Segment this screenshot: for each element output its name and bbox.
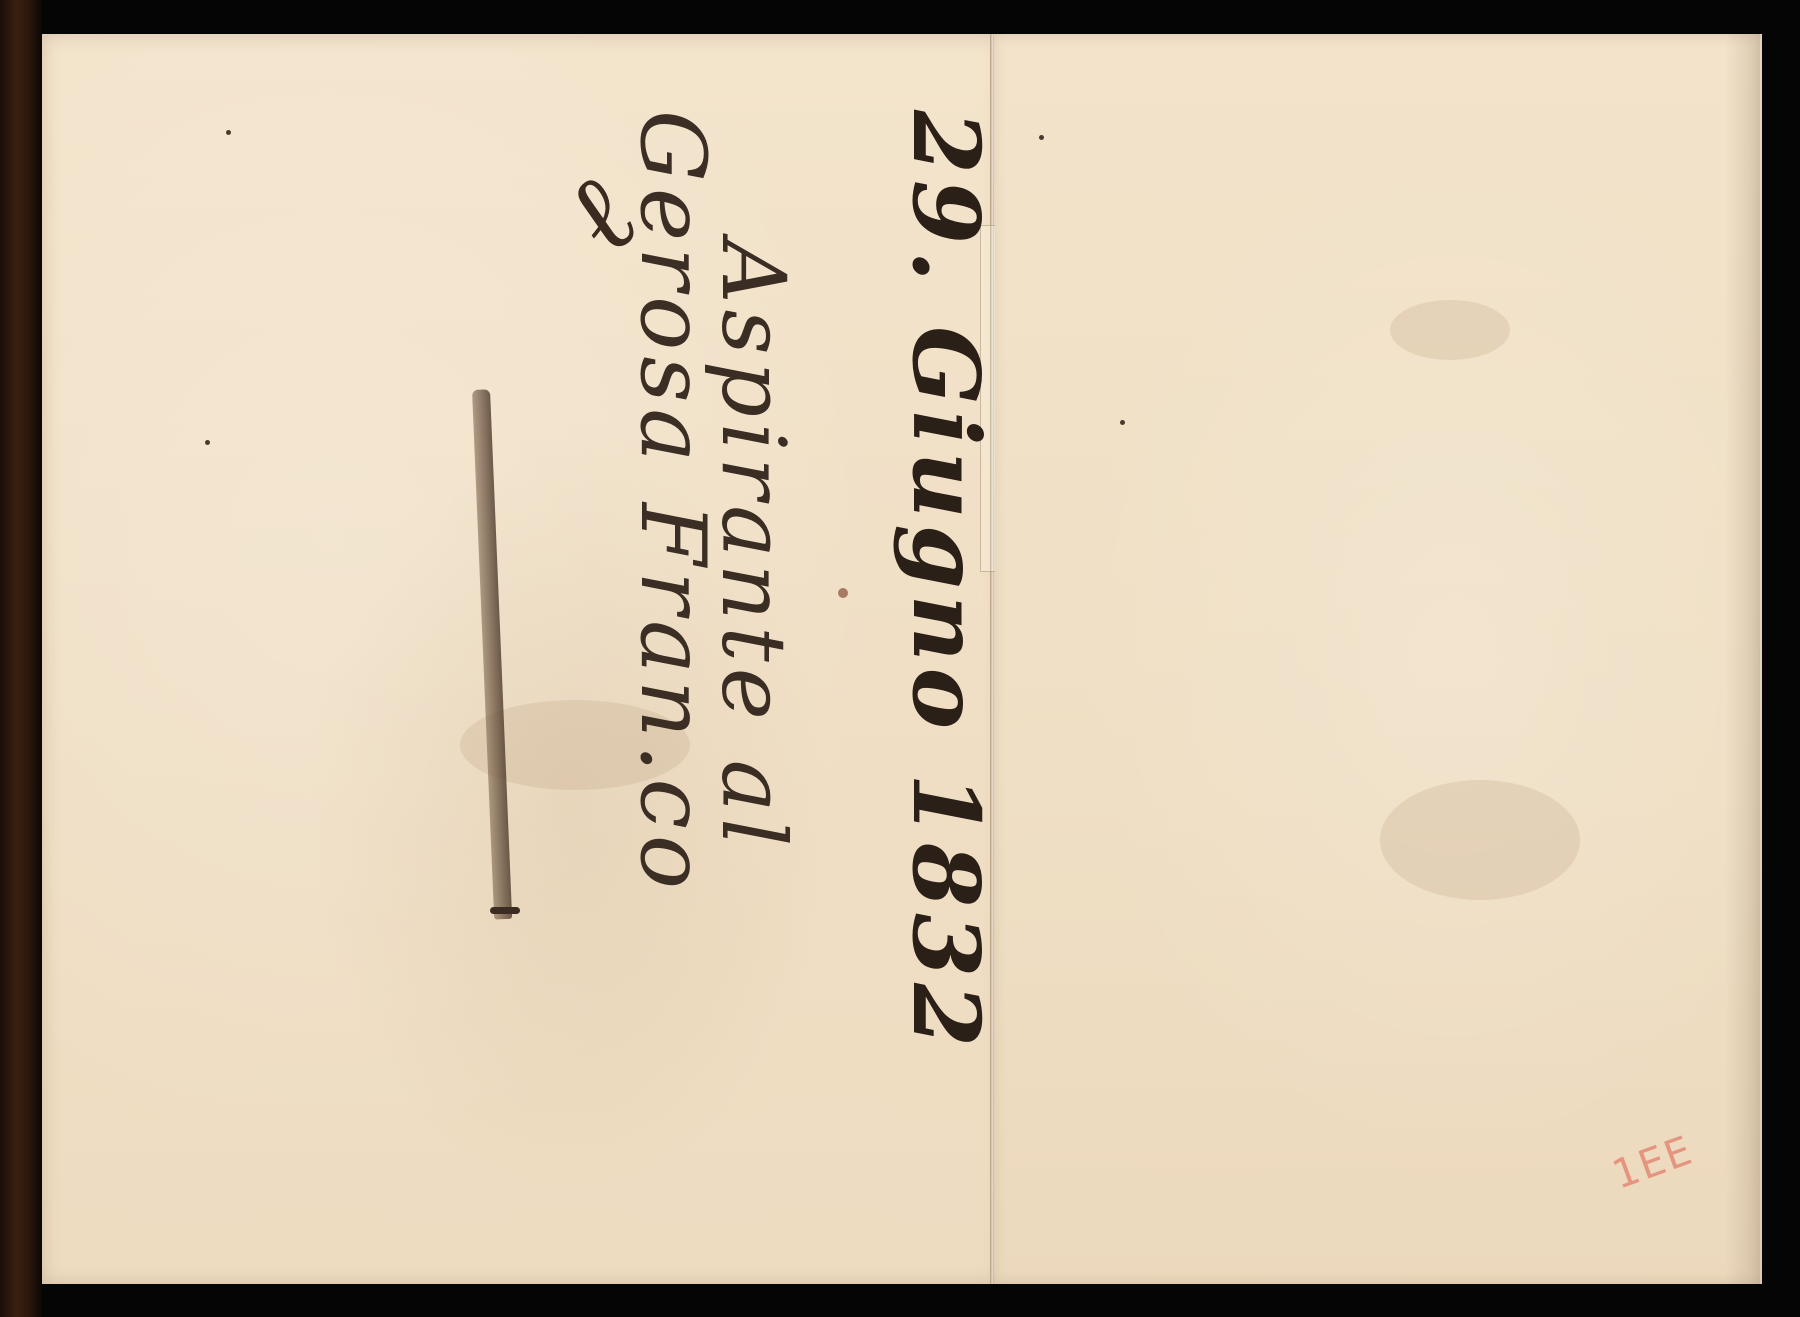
right-edge-shadow xyxy=(1725,34,1760,1284)
paper-speck xyxy=(1039,135,1044,140)
letter-panel-left xyxy=(42,34,1002,1284)
paper-speck xyxy=(838,588,848,598)
handwritten-date: 29. Giugno 1832 xyxy=(892,110,1000,1053)
paper-stain xyxy=(1380,780,1580,900)
paper-speck xyxy=(1120,420,1125,425)
ink-stroke-tail xyxy=(490,907,520,914)
paper-speck xyxy=(226,130,231,135)
handwritten-name: Gerosa Fran.co xyxy=(620,110,725,895)
backing-strip xyxy=(0,0,42,1317)
letter-panel-right xyxy=(990,34,1762,1284)
paper-speck xyxy=(205,440,210,445)
paper-stain xyxy=(1390,300,1510,360)
